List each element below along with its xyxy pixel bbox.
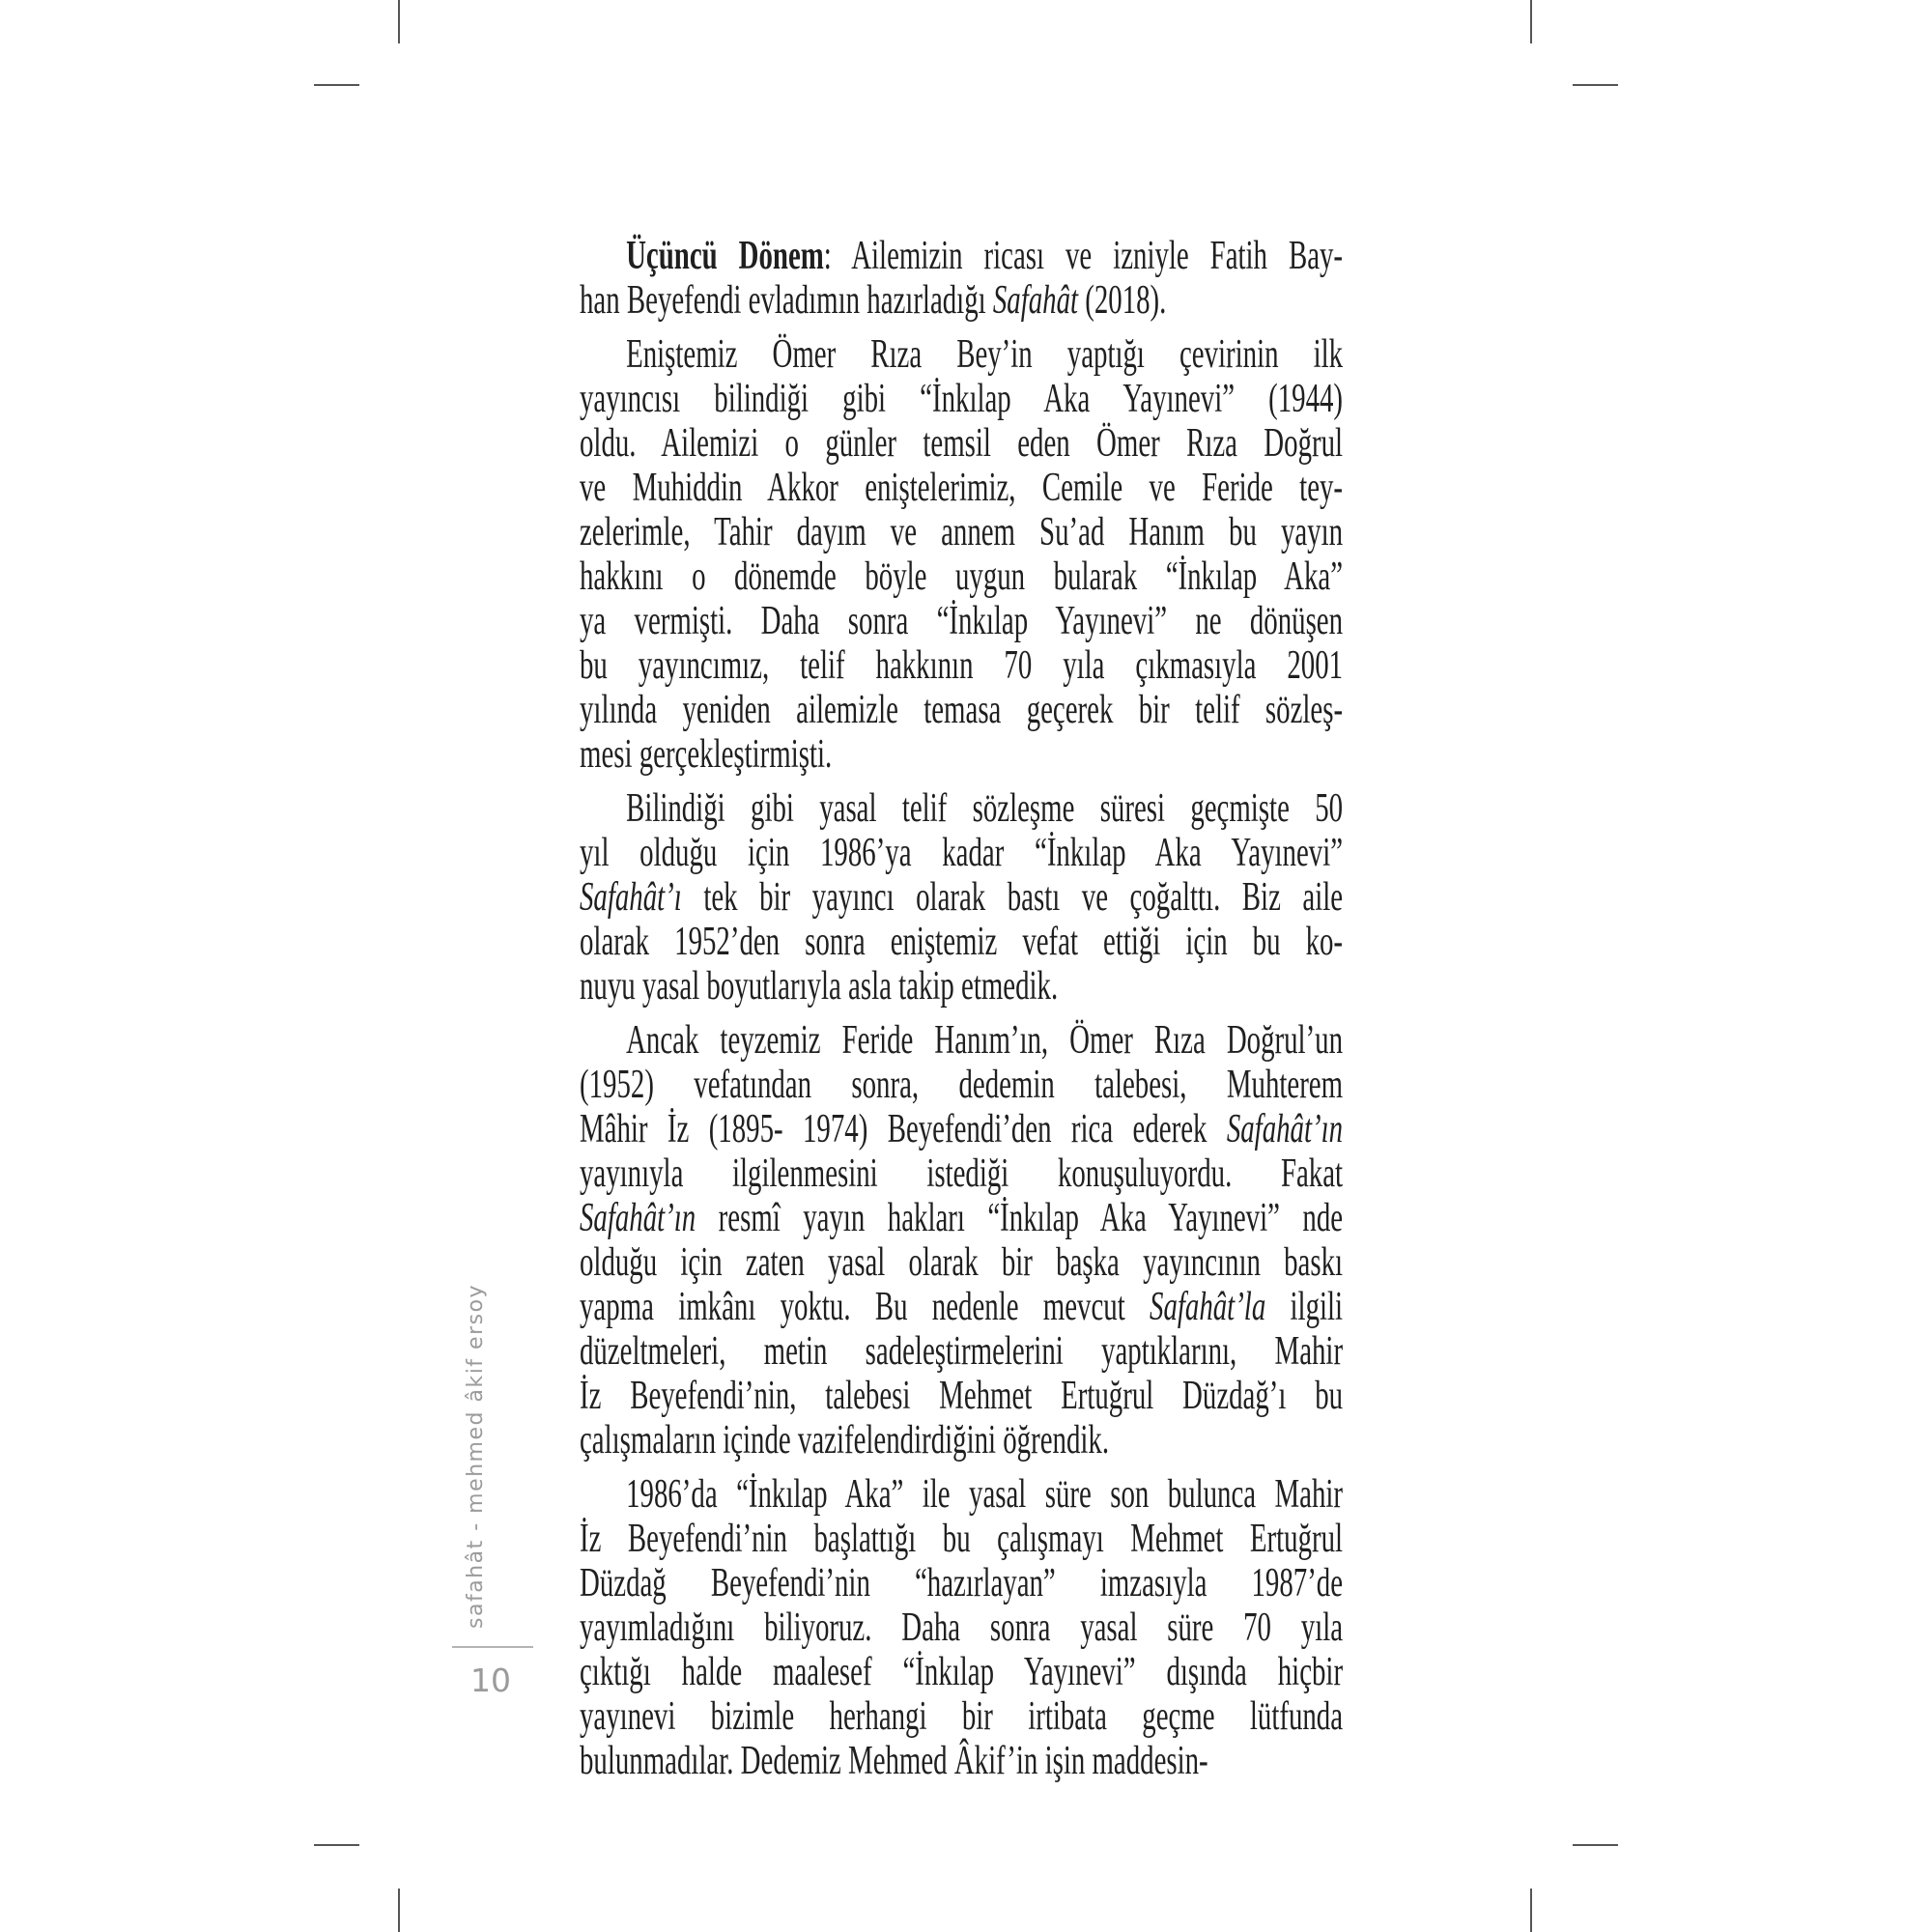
italic-text: Safahât’ı	[580, 875, 682, 920]
paragraph: Üçüncü Dönem: Ailemizin ricası ve izniyl…	[580, 234, 1343, 323]
text-line: yayınıyla ilgilenmesini istediği konuşul…	[580, 1151, 1343, 1196]
sidebar-running-title: safahât - mehmed âkif ersoy	[464, 1275, 508, 1629]
text-segment: yılında yeniden ailemizle temasa geçerek…	[580, 688, 1343, 732]
text-segment: Düzdağ Beyefendi’nin “hazırlayan” imzası…	[580, 1561, 1343, 1605]
text-line: ya vermişti. Daha sonra “İnkılap Yayınev…	[580, 599, 1343, 643]
text-segment: çıktığı halde maalesef “İnkılap Yayınevi…	[580, 1650, 1343, 1694]
text-segment: : Ailemizin ricası ve izniyle Fatih Bay-	[824, 234, 1343, 278]
italic-text: Safahât	[993, 278, 1078, 323]
text-line: yılında yeniden ailemizle temasa geçerek…	[580, 688, 1343, 732]
text-line: Safahât’ı tek bir yayıncı olarak bastı v…	[580, 875, 1343, 920]
text-line: mesi gerçekleştirmişti.	[580, 732, 1343, 777]
crop-mark-right-bottom-horizontal	[1573, 1844, 1618, 1846]
body-text: Üçüncü Dönem: Ailemizin ricası ve izniyl…	[580, 234, 1343, 1783]
sidebar-divider	[452, 1646, 533, 1648]
text-segment: nuyu yasal boyutlarıyla asla takip etmed…	[580, 964, 1058, 1009]
text-line: Safahât’ın resmî yayın hakları “İnkılap …	[580, 1196, 1343, 1240]
text-line: çalışmaların içinde vazifelendirdiğini ö…	[580, 1418, 1343, 1463]
crop-mark-top-right-vertical	[1530, 0, 1532, 43]
page-number: 10	[460, 1662, 522, 1699]
text-line: İz Beyefendi’nin başlattığı bu çalışmayı…	[580, 1517, 1343, 1561]
paragraph: Eniştemiz Ömer Rıza Bey’in yaptığı çevir…	[580, 332, 1343, 777]
crop-mark-bottom-right-vertical	[1530, 1889, 1532, 1932]
text-segment: yayımladığını biliyoruz. Daha sonra yasa…	[580, 1605, 1343, 1650]
text-segment: yıl olduğu için 1986’ya kadar “İnkılap A…	[580, 831, 1343, 875]
text-segment: han Beyefendi evladımın hazırladığı	[580, 278, 993, 323]
italic-text: Safahât’ın	[580, 1196, 696, 1240]
text-line: İz Beyefendi’nin, talebesi Mehmet Ertuğr…	[580, 1374, 1343, 1418]
text-line: hakkını o dönemde böyle uygun bularak “İ…	[580, 554, 1343, 599]
text-segment: olduğu için zaten yasal olarak bir başka…	[580, 1240, 1343, 1285]
text-line: yayımladığını biliyoruz. Daha sonra yasa…	[580, 1605, 1343, 1650]
text-line: Mâhir İz (1895- 1974) Beyefendi’den rica…	[580, 1107, 1343, 1151]
crop-mark-top-left-vertical	[398, 0, 400, 43]
text-line: Eniştemiz Ömer Rıza Bey’in yaptığı çevir…	[580, 332, 1343, 377]
text-segment: ya vermişti. Daha sonra “İnkılap Yayınev…	[580, 599, 1343, 643]
text-line: Üçüncü Dönem: Ailemizin ricası ve izniyl…	[580, 234, 1343, 278]
text-line: han Beyefendi evladımın hazırladığı Safa…	[580, 278, 1343, 323]
text-segment: olarak 1952’den sonra eniştemiz vefat et…	[580, 920, 1343, 964]
text-line: Bilindiği gibi yasal telif sözleşme süre…	[580, 786, 1343, 831]
text-segment: yayınıyla ilgilenmesini istediği konuşul…	[580, 1151, 1343, 1196]
text-segment: 1986’da “İnkılap Aka” ile yasal süre son…	[626, 1472, 1343, 1517]
text-segment: İz Beyefendi’nin başlattığı bu çalışmayı…	[580, 1517, 1343, 1561]
text-segment: bulunmadılar. Dedemiz Mehmed Âkif’in işi…	[580, 1739, 1208, 1783]
text-segment: İz Beyefendi’nin, talebesi Mehmet Ertuğr…	[580, 1374, 1343, 1418]
text-segment: hakkını o dönemde böyle uygun bularak “İ…	[580, 554, 1343, 599]
text-line: bulunmadılar. Dedemiz Mehmed Âkif’in işi…	[580, 1739, 1343, 1783]
text-line: (1952) vefatından sonra, dedemin talebes…	[580, 1063, 1343, 1107]
crop-mark-right-top-horizontal	[1573, 84, 1618, 86]
text-segment: resmî yayın hakları “İnkılap Aka Yayınev…	[696, 1196, 1343, 1240]
text-line: Düzdağ Beyefendi’nin “hazırlayan” imzası…	[580, 1561, 1343, 1605]
text-line: yayınevi bizimle herhangi bir irtibata g…	[580, 1694, 1343, 1739]
text-line: 1986’da “İnkılap Aka” ile yasal süre son…	[580, 1472, 1343, 1517]
text-line: Ancak teyzemiz Feride Hanım’ın, Ömer Rız…	[580, 1018, 1343, 1063]
paragraph: Bilindiği gibi yasal telif sözleşme süre…	[580, 786, 1343, 1009]
text-segment: çalışmaların içinde vazifelendirdiğini ö…	[580, 1418, 1109, 1463]
crop-mark-left-bottom-horizontal	[314, 1844, 359, 1846]
text-segment: (2018).	[1078, 278, 1166, 323]
italic-text: Safahât’la	[1150, 1285, 1265, 1329]
text-line: yayıncısı bilindiği gibi “İnkılap Aka Ya…	[580, 377, 1343, 421]
text-segment: bu yayıncımız, telif hakkının 70 yıla çı…	[580, 643, 1343, 688]
text-line: bu yayıncımız, telif hakkının 70 yıla çı…	[580, 643, 1343, 688]
text-segment: mesi gerçekleştirmişti.	[580, 732, 832, 777]
text-segment: Mâhir İz (1895- 1974) Beyefendi’den rica…	[580, 1107, 1227, 1151]
text-line: nuyu yasal boyutlarıyla asla takip etmed…	[580, 964, 1343, 1009]
crop-mark-left-top-horizontal	[314, 84, 359, 86]
text-segment: (1952) vefatından sonra, dedemin talebes…	[580, 1063, 1343, 1107]
text-segment: düzeltmeleri, metin sadeleştirmelerini y…	[580, 1329, 1343, 1374]
text-segment: tek bir yayıncı olarak bastı ve çoğalttı…	[682, 875, 1343, 920]
text-line: ve Muhiddin Akkor eniştelerimiz, Cemile …	[580, 466, 1343, 510]
text-segment: ve Muhiddin Akkor eniştelerimiz, Cemile …	[580, 466, 1343, 510]
paragraph: Ancak teyzemiz Feride Hanım’ın, Ömer Rız…	[580, 1018, 1343, 1463]
text-line: düzeltmeleri, metin sadeleştirmelerini y…	[580, 1329, 1343, 1374]
text-segment: ilgili	[1265, 1285, 1343, 1329]
text-segment: zelerimle, Tahir dayım ve annem Su’ad Ha…	[580, 510, 1343, 554]
text-segment: Bilindiği gibi yasal telif sözleşme süre…	[626, 786, 1343, 831]
italic-text: Safahât’ın	[1227, 1107, 1343, 1151]
text-segment: yapma imkânı yoktu. Bu nedenle mevcut	[580, 1285, 1150, 1329]
text-line: yıl olduğu için 1986’ya kadar “İnkılap A…	[580, 831, 1343, 875]
text-line: olduğu için zaten yasal olarak bir başka…	[580, 1240, 1343, 1285]
text-line: zelerimle, Tahir dayım ve annem Su’ad Ha…	[580, 510, 1343, 554]
text-line: yapma imkânı yoktu. Bu nedenle mevcut Sa…	[580, 1285, 1343, 1329]
bold-text: Üçüncü Dönem	[626, 234, 824, 278]
text-line: çıktığı halde maalesef “İnkılap Yayınevi…	[580, 1650, 1343, 1694]
text-segment: yayınevi bizimle herhangi bir irtibata g…	[580, 1694, 1343, 1739]
book-page: safahât - mehmed âkif ersoy 10 Üçüncü Dö…	[0, 0, 1932, 1932]
text-line: olarak 1952’den sonra eniştemiz vefat et…	[580, 920, 1343, 964]
text-line: oldu. Ailemizi o günler temsil eden Ömer…	[580, 421, 1343, 466]
text-segment: Eniştemiz Ömer Rıza Bey’in yaptığı çevir…	[626, 332, 1343, 377]
text-segment: Ancak teyzemiz Feride Hanım’ın, Ömer Rız…	[626, 1018, 1343, 1063]
paragraph: 1986’da “İnkılap Aka” ile yasal süre son…	[580, 1472, 1343, 1783]
text-segment: oldu. Ailemizi o günler temsil eden Ömer…	[580, 421, 1343, 466]
text-segment: yayıncısı bilindiği gibi “İnkılap Aka Ya…	[580, 377, 1343, 421]
crop-mark-bottom-left-vertical	[398, 1889, 400, 1932]
